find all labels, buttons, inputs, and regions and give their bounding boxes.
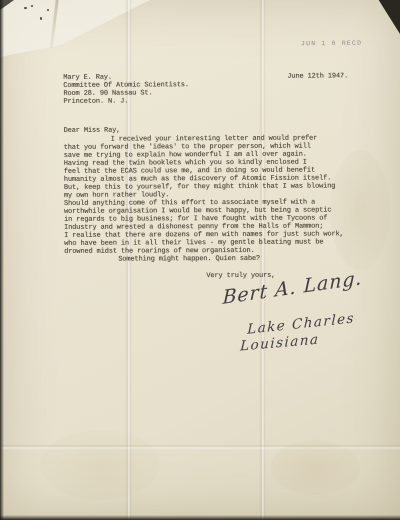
horizontal-fold-crease xyxy=(0,444,400,450)
recipient-address-block: Mary E. Ray. Committee Of Atomic Scienti… xyxy=(63,73,189,106)
letter-photo: JUN 1 6 RECD Mary E. Ray. Committee Of A… xyxy=(0,0,400,520)
salutation: Dear Miss Ray, xyxy=(63,127,120,135)
recipient-city: Princeton. N. J. xyxy=(63,97,189,106)
letter-date: June 12th 1947. xyxy=(287,72,348,80)
photo-edge-bottom xyxy=(0,515,400,520)
paper-stain xyxy=(40,430,160,500)
closing-line: Very truly yours, xyxy=(206,272,275,280)
photo-corner-shadow-topright xyxy=(374,0,400,34)
letter-body: I received your interesting letter and w… xyxy=(64,134,344,263)
pencil-speck xyxy=(40,17,42,20)
pencil-speck xyxy=(47,9,49,11)
letter-paper: JUN 1 6 RECD Mary E. Ray. Committee Of A… xyxy=(0,0,400,520)
photo-edge-left xyxy=(0,0,4,520)
body-line: Something might happen. Quien sabe? xyxy=(64,254,344,263)
pencil-speck xyxy=(24,7,27,9)
body-line: But, keep this to yourself, for they mig… xyxy=(64,182,344,191)
pencil-speck xyxy=(31,5,33,7)
received-date-stamp: JUN 1 6 RECD xyxy=(301,40,362,48)
